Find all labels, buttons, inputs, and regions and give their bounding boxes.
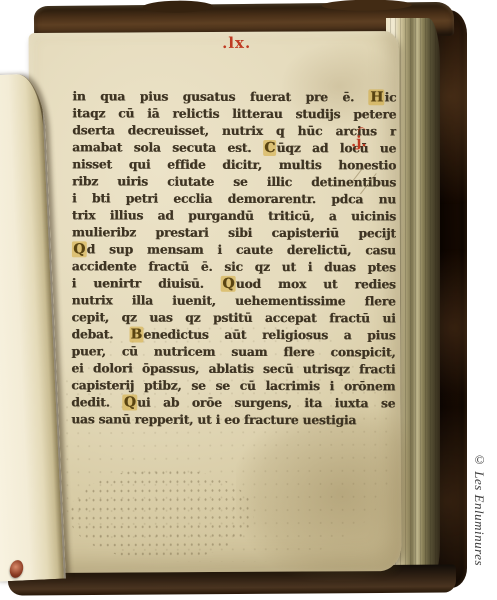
- gold-touched-initial: B: [129, 327, 143, 343]
- manuscript-line: Qd sup mensam i caute derelictū, casu: [72, 240, 396, 258]
- manuscript-line: trix illius ad purgandū triticū, a uicin…: [72, 206, 396, 224]
- manuscript-line: mulieribz prestari sibi capisteriū pecij…: [72, 223, 396, 241]
- manuscript-line: dedit. Qui ab orōe surgens, ita iuxta se: [71, 393, 395, 411]
- manuscript-line: accidente fractū ē. sic qz ut i duas pte…: [72, 257, 396, 275]
- manuscript-line: ribz uiris ciutate se illic detinentibus: [72, 172, 396, 190]
- gold-touched-initial: C: [263, 140, 277, 156]
- gold-touched-initial: Q: [122, 395, 137, 411]
- folio-number: .lx.: [197, 34, 277, 52]
- manuscript-photo: .lx. in qua pius gusatus fuerat pre ē. H…: [0, 0, 497, 600]
- manuscript-line: i bti petri ecclia demorarentr. pdca nu: [72, 189, 396, 207]
- manuscript-line: itaqz cū iā relictis litterau studijs pe…: [72, 104, 396, 122]
- gold-touched-initial: Q: [221, 276, 236, 292]
- manuscript-line: dserta decreuisset, nutrix q hūc arcius …: [72, 121, 396, 139]
- manuscript-line: ei dolori ōpassus, ablatis secū utrisqz …: [71, 359, 395, 377]
- manuscript-line: i uenirtr diuisū. Quod mox ut redies: [72, 274, 396, 292]
- manuscript-line: nisset qui effide dicitr, multis honesti…: [72, 155, 396, 173]
- manuscript-line: capisterij ptibz, se se cū lacrimis i or…: [71, 376, 395, 394]
- copyright-watermark: © Les Enluminures: [471, 452, 487, 600]
- text-block: in qua pius gusatus fuerat pre ē. Hicita…: [71, 87, 396, 428]
- margin-quire-mark: .j.: [351, 133, 366, 150]
- manuscript-line: amabat sola secuta est. Cūqz ad locū ue: [72, 138, 396, 156]
- manuscript-line: cepit, qz uas qz pstitū accepat fractū u…: [72, 308, 396, 326]
- gold-touched-initial: Q: [72, 241, 87, 257]
- manuscript-page: .lx. in qua pius gusatus fuerat pre ē. H…: [29, 31, 402, 573]
- manuscript-line: nutrix illa iuenit, uehementissime flere: [72, 291, 396, 309]
- gold-touched-initial: H: [369, 89, 385, 105]
- book-cover-right-edge: [436, 10, 467, 588]
- manuscript-line: uas sanū repperit, ut i eo fracture uest…: [71, 410, 395, 428]
- manuscript-line: puer, cū nutricem suam flere conspicit,: [71, 342, 395, 360]
- manuscript-line: debat. Benedictus aūt religiosus a pius: [71, 325, 395, 343]
- manuscript-line: in qua pius gusatus fuerat pre ē. Hic: [72, 87, 396, 105]
